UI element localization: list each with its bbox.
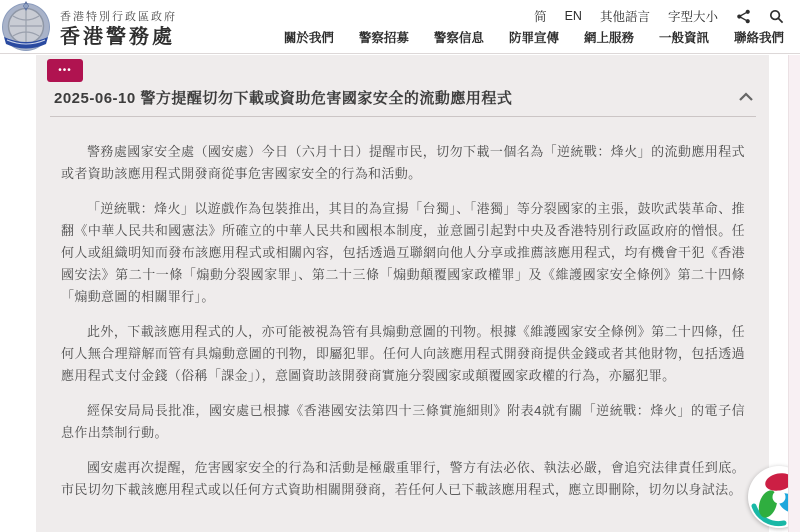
hkpf-badge-icon xyxy=(0,1,54,58)
nav-item-police-info[interactable]: 警察信息 xyxy=(434,28,484,46)
nav-item-online-services[interactable]: 網上服務 xyxy=(584,28,634,46)
paragraph-3: 此外，下載該應用程式的人，亦可能被視為管有具煽動意圖的刊物。根據《維護國家安全條… xyxy=(61,321,745,387)
nav-item-crime-prevention[interactable]: 防罪宣傳 xyxy=(509,28,559,46)
chevron-up-icon[interactable] xyxy=(736,89,756,105)
nav-item-recruitment[interactable]: 警察招募 xyxy=(359,28,409,46)
accordion-header[interactable]: 2025-06-10 警方提醒切勿下載或資助危害國家安全的流動應用程式 xyxy=(36,85,769,115)
search-icon[interactable] xyxy=(769,9,784,24)
logo-text: 香港特別行政區政府 香港警務處 xyxy=(60,10,177,50)
article-title: 2025-06-10 警方提醒切勿下載或資助危害國家安全的流動應用程式 xyxy=(54,87,512,108)
share-icon[interactable] xyxy=(736,9,751,24)
nav-item-general-info[interactable]: 一般資訊 xyxy=(659,28,709,46)
utility-bar: 简 EN 其他語言 字型大小 xyxy=(534,7,784,25)
gov-title: 香港特別行政區政府 xyxy=(60,10,177,24)
nav-item-contact-us[interactable]: 聯絡我們 xyxy=(734,28,784,46)
nav-item-about-us[interactable]: 關於我們 xyxy=(284,28,334,46)
main-nav: 關於我們 警察招募 警察信息 防罪宣傳 網上服務 一般資訊 聯絡我們 xyxy=(284,28,784,46)
site-title: 香港警務處 xyxy=(60,24,177,50)
font-size-button[interactable]: 字型大小 xyxy=(668,7,718,25)
lang-english-button[interactable]: EN xyxy=(565,9,582,23)
lang-simplified-button[interactable]: 简 xyxy=(534,7,547,25)
category-tag[interactable]: ••• xyxy=(47,59,83,82)
site-header: 香港特別行政區政府 香港警務處 简 EN 其他語言 字型大小 關於我們 警察招募… xyxy=(0,0,800,54)
title-divider xyxy=(50,116,756,117)
other-languages-button[interactable]: 其他語言 xyxy=(600,7,650,25)
paragraph-5: 國安處再次提醒，危害國家安全的行為和活動是極嚴重罪行，警方有法必依、執法必嚴，會… xyxy=(61,457,745,501)
scrollbar-track[interactable] xyxy=(788,55,800,532)
paragraph-2: 「逆統戰：烽火」以遊戲作為包裝推出，其目的為宣揚「台獨」、「港獨」等分裂國家的主… xyxy=(61,198,745,308)
press-release-panel: ••• 2025-06-10 警方提醒切勿下載或資助危害國家安全的流動應用程式 … xyxy=(36,55,769,532)
article-body: 警務處國家安全處（國安處）今日（六月十日）提醒市民，切勿下載一個名為「逆統戰：烽… xyxy=(61,141,745,514)
hkpf-logo[interactable]: 香港特別行政區政府 香港警務處 xyxy=(0,1,177,58)
paragraph-1: 警務處國家安全處（國安處）今日（六月十日）提醒市民，切勿下載一個名為「逆統戰：烽… xyxy=(61,141,745,185)
paragraph-4: 經保安局局長批准，國安處已根據《香港國安法第四十三條實施細則》附表4就有關「逆統… xyxy=(61,400,745,444)
